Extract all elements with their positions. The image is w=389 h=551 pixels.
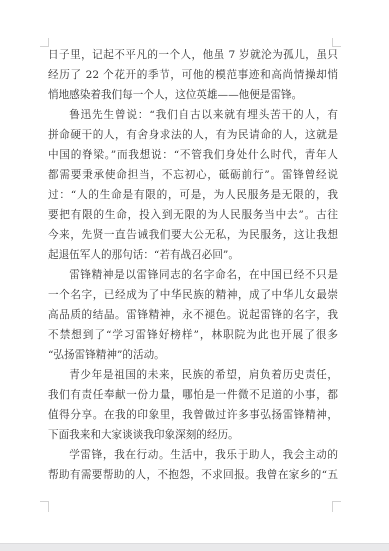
text-line[interactable]: 我们有责任奉献一份力量，哪怕是一件微不足道的小事，都 — [48, 385, 338, 405]
text-line[interactable]: 帮助有需要帮助的人，不抱怨，不求回报。我曾在家乡的“五 — [48, 465, 338, 485]
text-line[interactable]: 不禁想到了“学习雷锋好榜样”，林职院为此也开展了很多 — [48, 325, 338, 345]
text-line[interactable]: 经历了 22 个花开的季节，可他的模范事迹和高尚情操却悄 — [48, 65, 338, 85]
text-line[interactable]: 起退伍军人的那句话：“若有战召必回”。 — [48, 245, 338, 265]
text-line[interactable]: 拼命硬干的人，有舍身求法的人，有为民请命的人，这就是 — [48, 125, 338, 145]
text-line[interactable]: 今来，先贤一直告诫我们要大公无私，为民服务，这让我想 — [48, 225, 338, 245]
margin-crop-mark-bottom-right — [332, 501, 341, 512]
text-line[interactable]: 悄地感染着我们每一个人，这位英雄——他便是雷锋。 — [48, 85, 338, 105]
text-line[interactable]: 青少年是祖国的未来，民族的希望，肩负着历史责任， — [48, 365, 338, 385]
text-line[interactable]: 学雷锋，我在行动。生活中，我乐于助人，我会主动的 — [48, 445, 338, 465]
text-line[interactable]: 中国的脊梁。”而我想说：“不管我们身处什么时代，青年人 — [48, 145, 338, 165]
text-line[interactable]: 下面我来和大家谈谈我印象深刻的经历。 — [48, 425, 338, 445]
document-text[interactable]: 日子里，记起不平凡的一个人，他虽 7 岁就沦为孤儿，虽只经历了 22 个花开的季… — [48, 45, 338, 485]
document-page: 日子里，记起不平凡的一个人，他虽 7 岁就沦为孤儿，虽只经历了 22 个花开的季… — [0, 0, 389, 551]
page-bottom-gap — [0, 543, 389, 551]
text-line[interactable]: 雷锋精神是以雷锋同志的名字命名，在中国已经不只是 — [48, 265, 338, 285]
margin-crop-mark-bottom-left — [40, 501, 49, 512]
text-line[interactable]: 日子里，记起不平凡的一个人，他虽 7 岁就沦为孤儿，虽只 — [48, 45, 338, 65]
text-line[interactable]: 要把有限的生命，投入到无限的为人民服务当中去”。古往 — [48, 205, 338, 225]
text-line[interactable]: 一个名字，已经成为了中华民族的精神，成了中华儿女最崇 — [48, 285, 338, 305]
text-line[interactable]: 都需要秉承使命担当，不忘初心，砥砺前行”。雷锋曾经说 — [48, 165, 338, 185]
text-line[interactable]: 过：“人的生命是有限的，可是，为人民服务是无限的，我 — [48, 185, 338, 205]
text-line[interactable]: 高品质的结晶。雷锋精神，永不褪色。说起雷锋的名字，我 — [48, 305, 338, 325]
text-line[interactable]: 值得分享。在我的印象里，我曾做过许多事弘扬雷锋精神， — [48, 405, 338, 425]
text-line[interactable]: “弘扬雷锋精神”的活动。 — [48, 345, 338, 365]
text-line[interactable]: 鲁迅先生曾说：“我们自古以来就有埋头苦干的人，有 — [48, 105, 338, 125]
